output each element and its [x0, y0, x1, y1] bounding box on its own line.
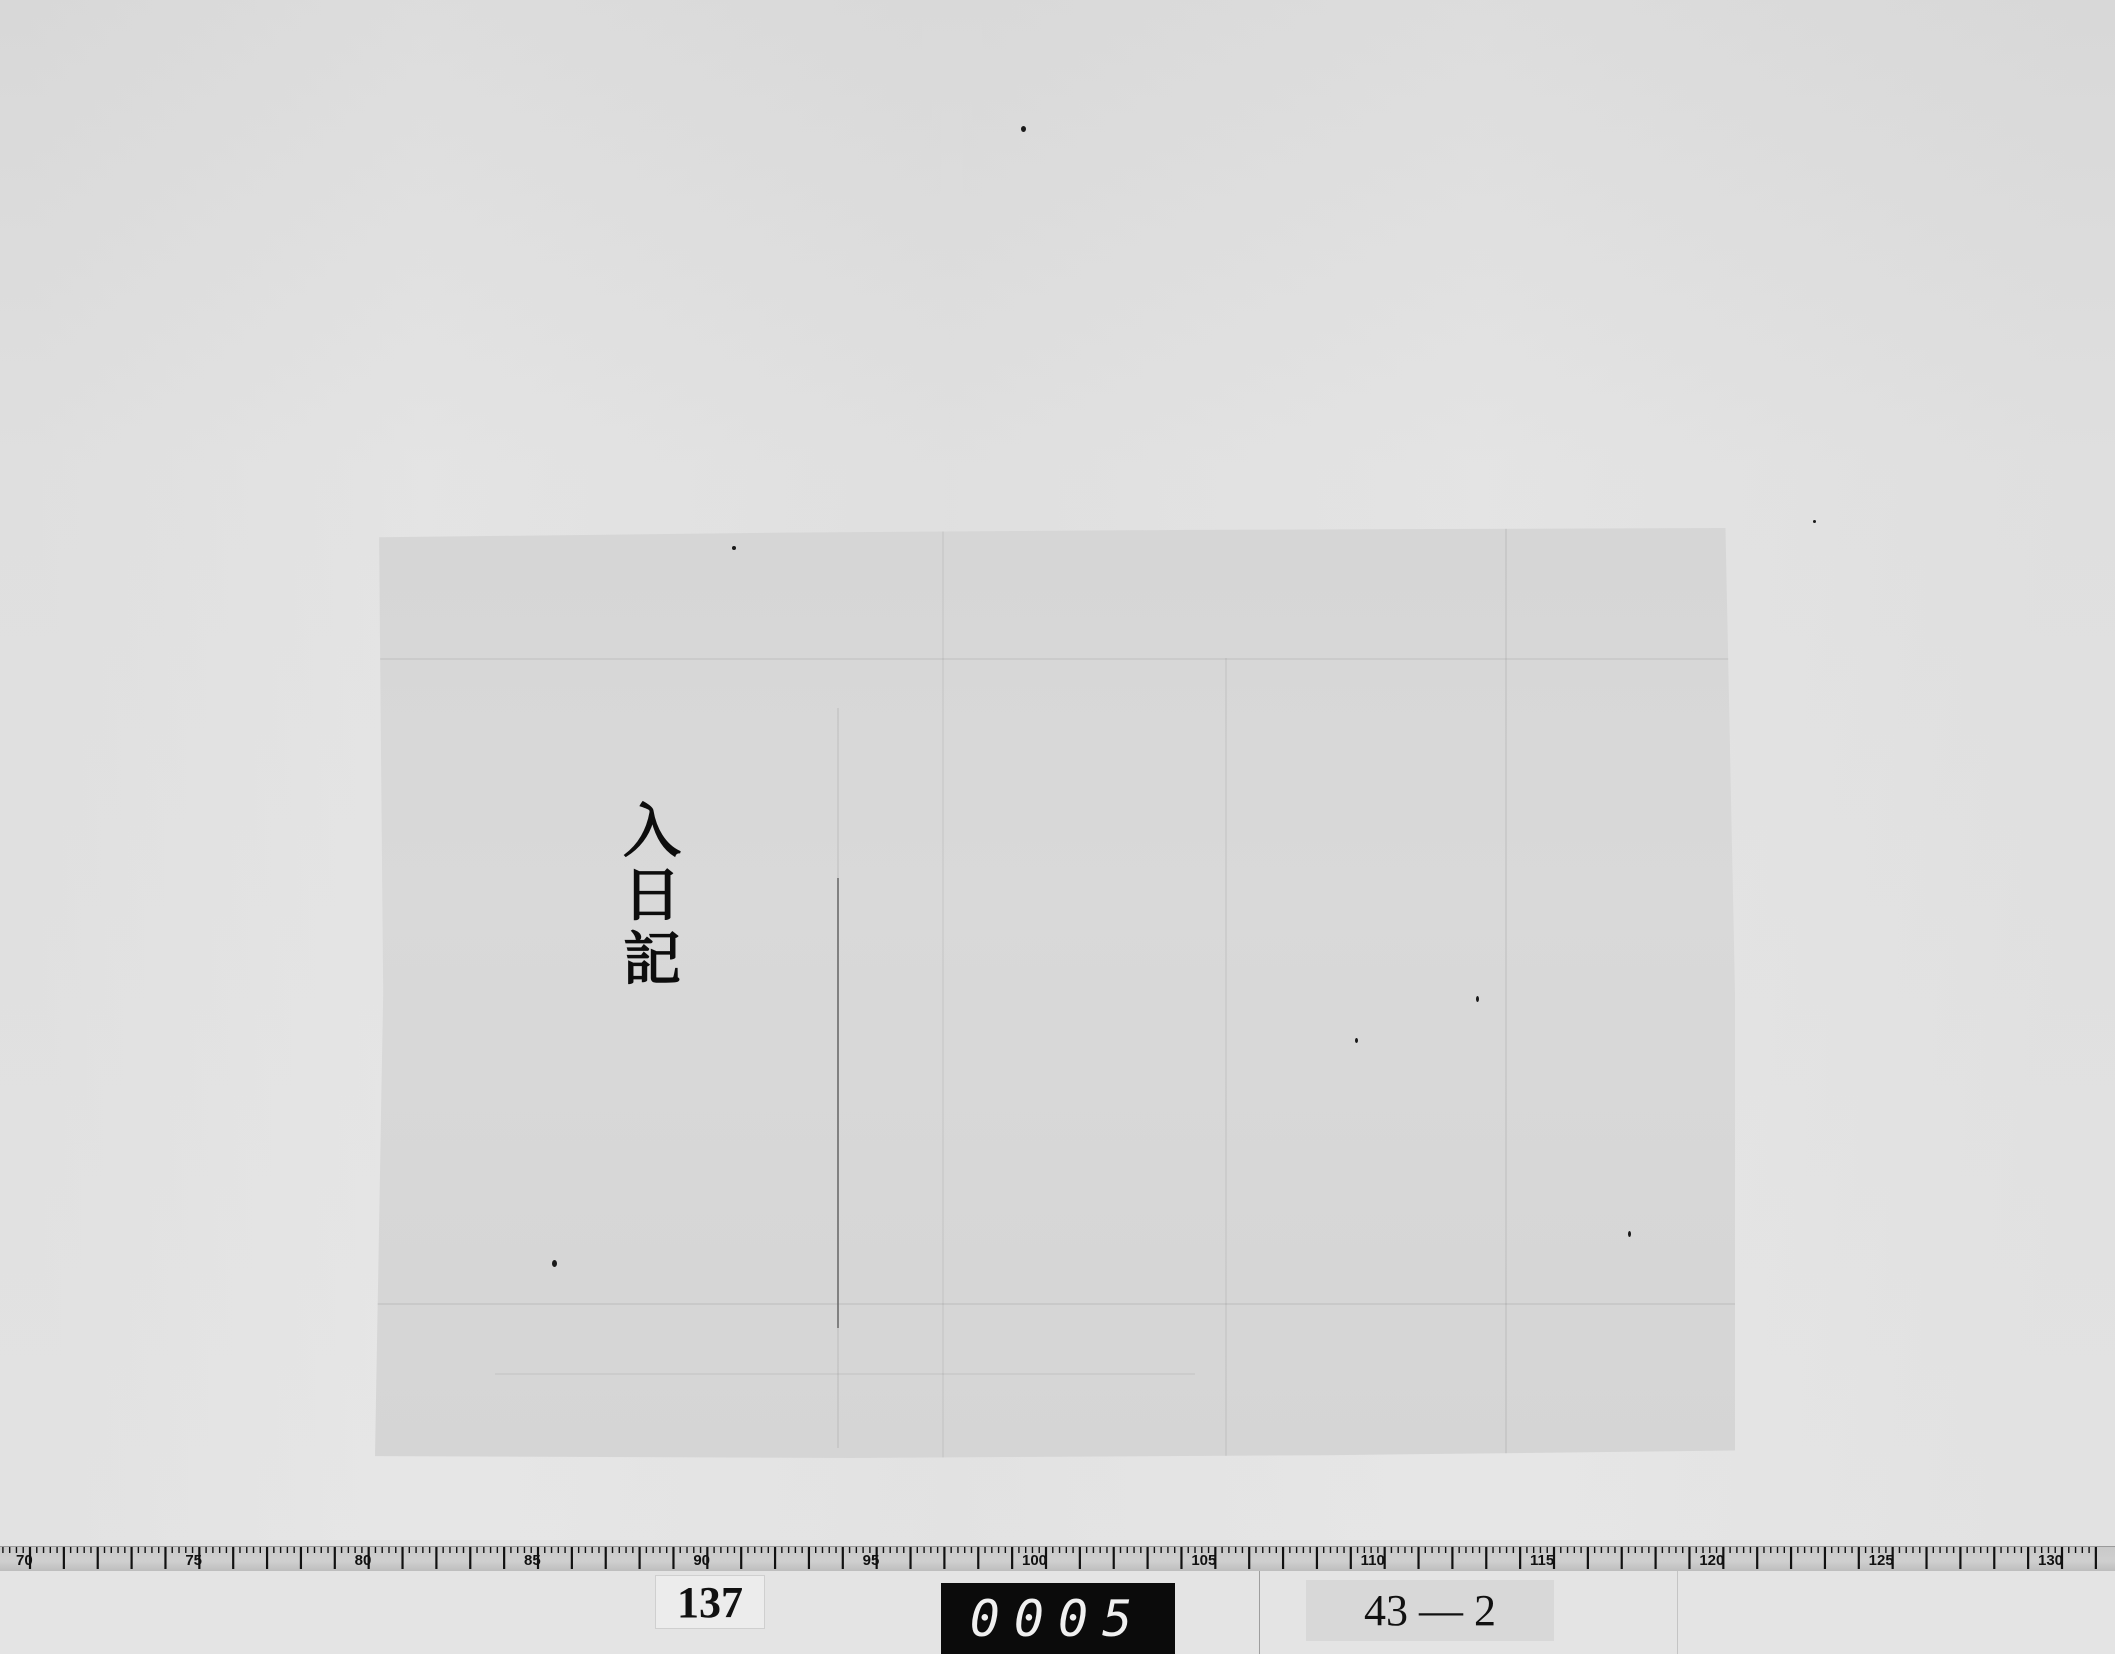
- svg-text:130: 130: [2038, 1552, 2063, 1569]
- frame-label-strip: 137 0005 43 — 2: [0, 1571, 2115, 1654]
- ink-speck: [1476, 996, 1479, 1002]
- svg-text:80: 80: [355, 1552, 372, 1569]
- document-sheet: [375, 528, 1735, 1458]
- ink-speck: [1628, 1231, 1631, 1237]
- document-title: 入日記: [618, 800, 676, 992]
- frame-counter-display: 0005: [941, 1583, 1175, 1654]
- reference-number-card: 43 — 2: [1306, 1580, 1554, 1641]
- svg-text:95: 95: [863, 1552, 880, 1569]
- svg-text:115: 115: [1530, 1552, 1554, 1569]
- reel-number-card: 137: [655, 1575, 765, 1629]
- svg-text:75: 75: [185, 1552, 202, 1569]
- fold-line: [375, 1303, 1735, 1305]
- strip-divider: [1677, 1571, 1678, 1654]
- ruler-ticks: 707580859095100105110115120125130: [0, 1547, 2115, 1571]
- svg-text:90: 90: [693, 1552, 710, 1569]
- svg-text:85: 85: [524, 1552, 541, 1569]
- dust-speck: [1021, 126, 1026, 132]
- svg-text:120: 120: [1699, 1552, 1724, 1569]
- svg-text:110: 110: [1361, 1552, 1385, 1569]
- measurement-ruler: 707580859095100105110115120125130: [0, 1546, 2115, 1572]
- svg-text:125: 125: [1869, 1552, 1894, 1569]
- fold-line: [942, 528, 944, 1458]
- ink-speck: [552, 1260, 557, 1267]
- strip-divider: [1259, 1571, 1260, 1654]
- fold-line: [1225, 658, 1227, 1458]
- fold-line: [495, 1373, 1195, 1375]
- fold-line: [1505, 528, 1507, 1458]
- svg-text:70: 70: [16, 1552, 33, 1569]
- svg-text:105: 105: [1191, 1552, 1216, 1569]
- fold-line: [837, 878, 839, 1328]
- ink-speck: [732, 546, 736, 550]
- ink-speck: [1355, 1038, 1358, 1043]
- fold-line: [375, 658, 1735, 660]
- dust-speck: [1813, 520, 1816, 523]
- svg-text:100: 100: [1022, 1552, 1047, 1569]
